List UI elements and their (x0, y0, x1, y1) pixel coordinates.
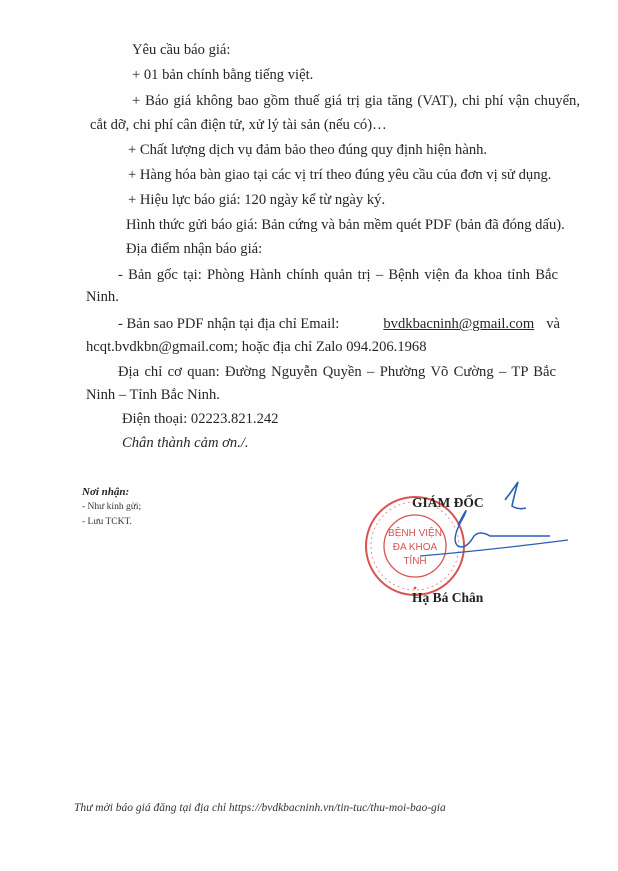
submission-form: Hình thức gửi báo giá: Bản cứng và bản m… (126, 217, 565, 234)
document-page: Yêu cầu báo giá: + 01 bản chính bằng tiế… (0, 0, 618, 871)
phone: Điện thoại: 02223.821.242 (122, 411, 278, 428)
original-location: - Bản gốc tại: Phòng Hành chính quản trị… (118, 267, 558, 284)
copy-location: - Bản sao PDF nhận tại địa chỉ Email: bv… (118, 316, 560, 333)
req-item: + 01 bản chính bằng tiếng việt. (132, 67, 313, 84)
email-link[interactable]: bvdkbacninh@gmail.com (383, 316, 534, 333)
signer-name: Hạ Bá Chân (412, 590, 483, 606)
req-item: + Hiệu lực báo giá: 120 ngày kể từ ngày … (128, 192, 385, 209)
copy-prefix: - Bản sao PDF nhận tại địa chỉ Email: (118, 316, 339, 333)
signature-icon (400, 480, 570, 560)
recipients-title: Nơi nhận: (82, 486, 129, 498)
original-location-cont: Ninh. (86, 289, 119, 306)
recipient-item: - Lưu TCKT. (82, 517, 132, 527)
req-item: + Hàng hóa bàn giao tại các vị trí theo … (128, 167, 551, 184)
footer-note: Thư mời báo giá đăng tại địa chỉ https:/… (74, 802, 446, 814)
address-cont: Ninh – Tỉnh Bắc Ninh. (86, 387, 220, 404)
requirements-heading: Yêu cầu báo giá: (132, 42, 230, 59)
copy-location-cont: hcqt.bvdkbn@gmail.com; hoặc địa chỉ Zalo… (86, 339, 427, 356)
req-item: + Báo giá không bao gồm thuế giá trị gia… (132, 93, 580, 110)
req-item-cont: cắt dỡ, chi phí cân điện tử, xử lý tài s… (90, 117, 387, 134)
closing: Chân thành cảm ơn./. (122, 435, 249, 452)
recipient-item: - Như kính gửi; (82, 502, 141, 512)
copy-suffix: và (546, 316, 560, 333)
location-heading: Địa điểm nhận báo giá: (126, 241, 262, 258)
address: Địa chỉ cơ quan: Đường Nguyễn Quyền – Ph… (118, 364, 556, 381)
req-item: + Chất lượng dịch vụ đảm bảo theo đúng q… (128, 142, 487, 159)
